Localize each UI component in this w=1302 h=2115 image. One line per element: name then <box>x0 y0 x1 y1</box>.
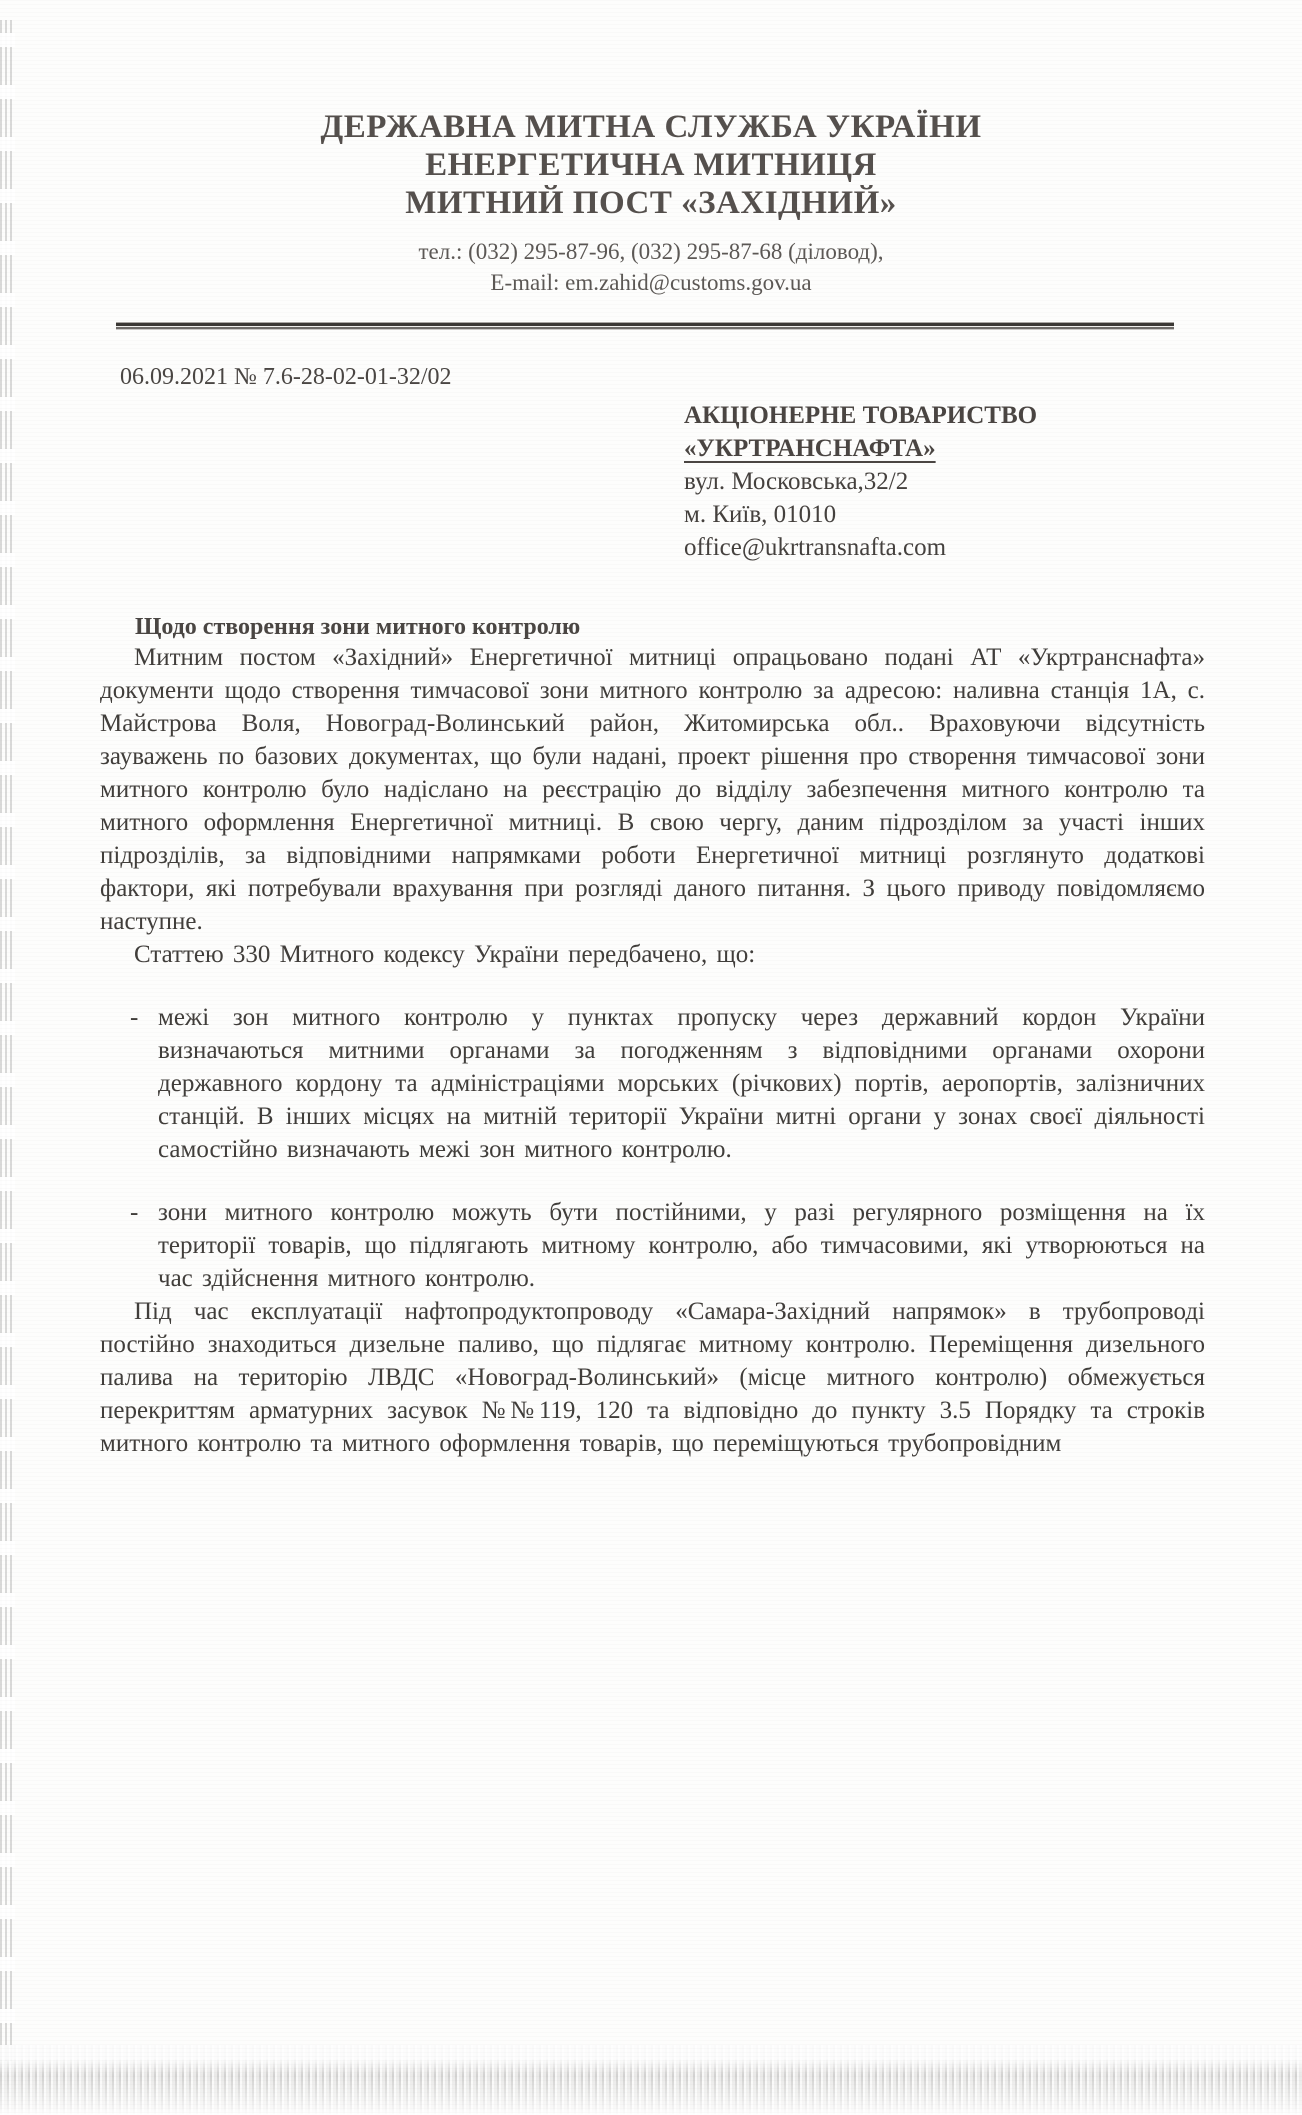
scanned-letter-page: ДЕРЖАВНА МИТНА СЛУЖБА УКРАЇНИ ЕНЕРГЕТИЧН… <box>0 0 1302 2115</box>
recipient-block: АКЦІОНЕРНЕ ТОВАРИСТВО «УКРТРАНСНАФТА» ву… <box>684 399 1302 564</box>
email-line: E-mail: em.zahid@customs.gov.ua <box>0 267 1302 298</box>
recipient-city: м. Київ, 01010 <box>684 498 1302 531</box>
org-name-line3: МИТНИЙ ПОСТ «ЗАХІДНИЙ» <box>0 184 1302 222</box>
bullet-item-2: зони митного контролю можуть бути постій… <box>100 1196 1205 1295</box>
article-intro: Статтею 330 Митного кодексу України пере… <box>100 938 1205 971</box>
bullet-item-1: межі зон митного контролю у пунктах проп… <box>100 1001 1205 1166</box>
phone-line: тел.: (032) 295-87-96, (032) 295-87-68 (… <box>0 236 1302 267</box>
separator-rule <box>116 322 1174 330</box>
reference-number: 06.09.2021 № 7.6-28-02-01-32/02 <box>120 364 1302 391</box>
org-name-line2: ЕНЕРГЕТИЧНА МИТНИЦЯ <box>0 146 1302 184</box>
letterhead-contacts: тел.: (032) 295-87-96, (032) 295-87-68 (… <box>0 236 1302 298</box>
org-name-line1: ДЕРЖАВНА МИТНА СЛУЖБА УКРАЇНИ <box>0 108 1302 146</box>
left-edge-scan-noise <box>0 20 15 2075</box>
letter-body: Митним постом «Західний» Енергетичної ми… <box>100 641 1205 1460</box>
recipient-company-name: «УКРТРАНСНАФТА» <box>684 432 1302 465</box>
recipient-street: вул. Московська,32/2 <box>684 465 1302 498</box>
bottom-scan-noise <box>0 2045 1302 2115</box>
letterhead: ДЕРЖАВНА МИТНА СЛУЖБА УКРАЇНИ ЕНЕРГЕТИЧН… <box>0 0 1302 222</box>
body-paragraph-1: Митним постом «Західний» Енергетичної ми… <box>100 641 1205 938</box>
subject-line: Щодо створення зони митного контролю <box>135 614 1302 641</box>
recipient-company-type: АКЦІОНЕРНЕ ТОВАРИСТВО <box>684 399 1302 432</box>
recipient-email: office@ukrtransnafta.com <box>684 531 1302 564</box>
body-paragraph-3: Під час експлуатації нафтопродуктопровод… <box>100 1295 1205 1460</box>
